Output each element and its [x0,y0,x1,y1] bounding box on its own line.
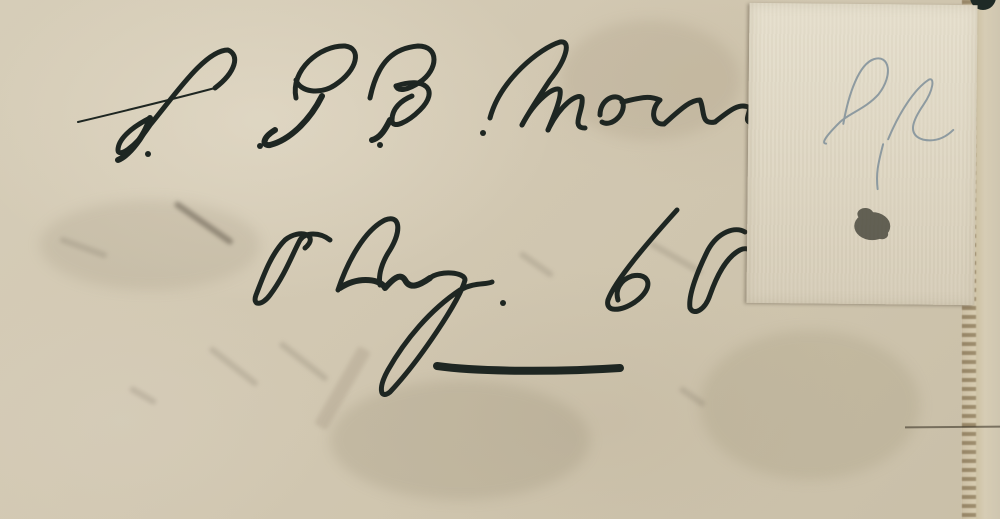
word-Morse [480,42,760,136]
pencil-mark [746,3,977,305]
date-year [608,210,752,312]
letter-F [257,46,355,149]
underline-stroke [437,366,620,371]
letter-S [78,50,235,160]
letter-B [370,46,434,148]
paper-label-patch [746,3,977,305]
aged-paper: S. F. B. Morse 8 Aug. 68 2/6 [0,0,1000,519]
